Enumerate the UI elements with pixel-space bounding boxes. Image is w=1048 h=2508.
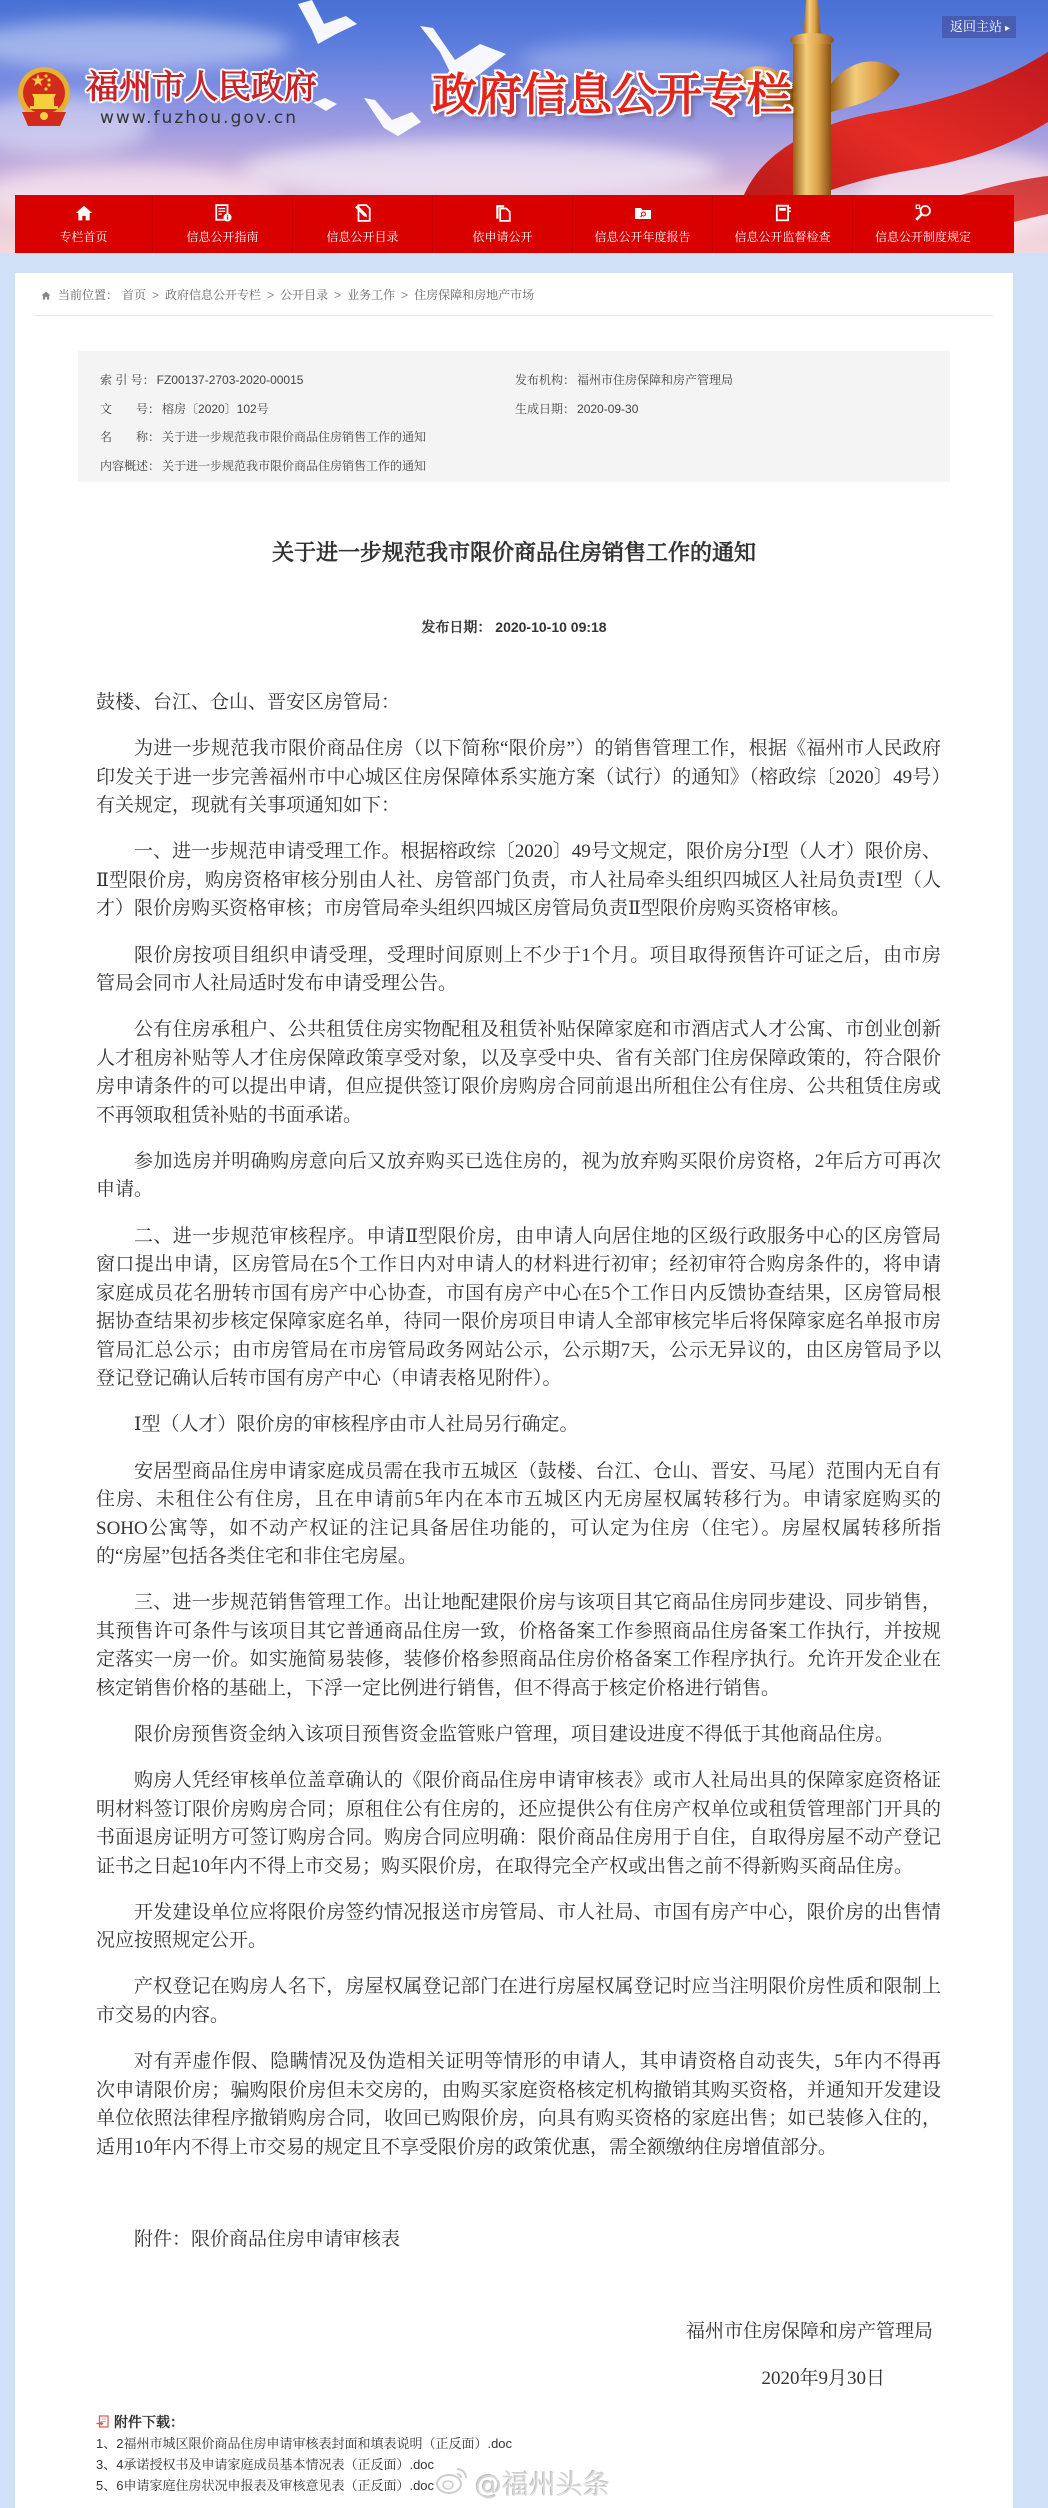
content-panel: 当前位置： 首页 > 政府信息公开专栏 > 公开目录 > 业务工作 > 住房保障… [15, 273, 1013, 2508]
issuer-signature: 福州市住房保障和房产管理局 [96, 2318, 941, 2347]
main-nav: 专栏首页 信息公开指南 信息公开目录 依申请公开 信息公开年度报告 信息公开监督… [15, 195, 1014, 253]
article-paragraph: 开发建设单位应将限价房签约情况报送市房管局、市人社局、市国有房产中心，限价房的出… [96, 1899, 941, 1956]
breadcrumb-link-catalog[interactable]: 公开目录 [280, 286, 328, 304]
meta-value: 榕房〔2020〕102号 [162, 402, 269, 416]
article-paragraph: 参加选房并明确购房意向后又放弃购买已选住房的，视为放弃购买限价房资格，2年后方可… [96, 1148, 941, 1205]
breadcrumb-separator: > [267, 286, 274, 304]
breadcrumb-separator: > [401, 286, 408, 304]
home-icon [41, 290, 51, 301]
article-paragraph: 安居型商品住房申请家庭成员需在我市五城区（鼓楼、台江、仓山、晋安、马尾）范围内无… [96, 1458, 941, 1572]
nav-item-label: 信息公开年度报告 [573, 229, 712, 245]
meta-summary: 内容概述：关于进一步规范我市限价商品住房销售工作的通知 [100, 454, 515, 479]
article-paragraph: 产权登记在购房人名下，房屋权属登记部门在进行房屋权属登记时应当注明限价房性质和限… [96, 1973, 941, 2030]
nav-item-home[interactable]: 专栏首页 [15, 195, 153, 253]
site-url: www.fuzhou.gov.cn [100, 107, 298, 129]
article-paragraph: 购房人凭经审核单位盖章确认的《限价商品住房申请审核表》或市人社局出具的保障家庭资… [96, 1767, 941, 1881]
downloads-heading: 附件下载： [96, 2412, 696, 2432]
nav-item-annual-report[interactable]: 信息公开年度报告 [573, 195, 713, 253]
document-meta-box: 索 引 号：FZ00137-2703-2020-00015 发布机构：福州市住房… [78, 351, 950, 482]
nav-item-label: 专栏首页 [15, 229, 152, 245]
meta-value: FZ00137-2703-2020-00015 [157, 373, 304, 387]
meta-empty [515, 454, 935, 479]
download-link[interactable]: 1、2福州市城区限价商品住房申请审核表封面和填表说明（正反面）.doc [96, 2433, 696, 2454]
blank-line [96, 2272, 941, 2301]
article-body: 鼓楼、台江、仓山、晋安区房管局： 为进一步规范我市限价商品住房（以下简称“限价房… [96, 689, 941, 2411]
article-greeting: 鼓楼、台江、仓山、晋安区房管局： [96, 689, 941, 718]
breadcrumb-link-business[interactable]: 业务工作 [347, 286, 395, 304]
nav-item-catalog[interactable]: 信息公开目录 [293, 195, 433, 253]
nav-item-apply[interactable]: 依申请公开 [433, 195, 573, 253]
meta-label: 名 称： [100, 425, 160, 450]
notebook-icon [774, 204, 792, 222]
meta-value: 福州市住房保障和房产管理局 [577, 373, 733, 387]
article-title: 关于进一步规范我市限价商品住房销售工作的通知 [15, 538, 1013, 568]
article-paragraph: 限价房预售资金纳入该项目预售资金监管账户管理，项目建设进度不得低于其他商品住房。 [96, 1721, 941, 1750]
breadcrumb-link-housing[interactable]: 住房保障和房地产市场 [414, 286, 534, 304]
search-key-icon [914, 204, 932, 222]
article-paragraph: Ⅰ型（人才）限价房的审核程序由市人社局另行确定。 [96, 1411, 941, 1440]
meta-value: 2020-09-30 [577, 402, 638, 416]
catalog-edit-icon [354, 204, 372, 222]
attachment-note: 附件：限价商品住房申请审核表 [96, 2226, 941, 2255]
meta-value: 关于进一步规范我市限价商品住房销售工作的通知 [162, 459, 426, 473]
downloads-heading-label: 附件下载： [114, 2412, 184, 2432]
meta-label: 内容概述： [100, 454, 160, 479]
nav-item-supervision[interactable]: 信息公开监督检查 [713, 195, 853, 253]
caret-right-icon: ▸ [1005, 23, 1010, 34]
guide-icon [214, 204, 232, 222]
meta-publisher: 发布机构：福州市住房保障和房产管理局 [515, 368, 935, 393]
column-title: 政府信息公开专栏 [432, 70, 792, 120]
meta-name: 名 称：关于进一步规范我市限价商品住房销售工作的通知 [100, 425, 515, 450]
documents-icon [494, 204, 512, 222]
nav-item-label: 依申请公开 [433, 229, 572, 245]
article-paragraph: 二、进一步规范审核程序。申请Ⅱ型限价房，由申请人向居住地的区级行政服务中心的区房… [96, 1223, 941, 1394]
meta-label: 索 引 号： [100, 368, 155, 393]
article-paragraph: 为进一步规范我市限价商品住房（以下简称“限价房”）的销售管理工作，根据《福州市人… [96, 735, 941, 821]
back-to-main-site-button[interactable]: 返回主站▸ [942, 16, 1016, 38]
breadcrumb-separator: > [334, 286, 341, 304]
meta-label: 发布机构： [515, 368, 575, 393]
divider [35, 315, 993, 316]
breadcrumb: 当前位置： 首页 > 政府信息公开专栏 > 公开目录 > 业务工作 > 住房保障… [41, 286, 534, 304]
nav-item-label: 信息公开制度规定 [853, 229, 993, 245]
article-paragraph: 一、进一步规范申请受理工作。根据榕政综〔2020〕49号文规定，限价房分Ⅰ型（人… [96, 838, 941, 924]
meta-created-date: 生成日期：2020-09-30 [515, 397, 935, 422]
site-name: 福州市人民政府 [86, 68, 317, 106]
meta-empty [515, 425, 935, 450]
article-paragraph: 公有住房承租户、公共租赁住房实物配租及租赁补贴保障家庭和市酒店式人才公寓、市创业… [96, 1016, 941, 1130]
meta-label: 文 号： [100, 397, 160, 422]
blank-line [96, 2180, 941, 2209]
meta-label: 生成日期： [515, 397, 575, 422]
national-emblem-icon [16, 66, 72, 128]
publish-date-label: 发布日期： [421, 619, 491, 635]
article-paragraph: 对有弄虚作假、隐瞒情况及伪造相关证明等情形的申请人，其申请资格自动丧失，5年内不… [96, 2048, 941, 2162]
signature-date: 2020年9月30日 [96, 2365, 941, 2394]
article-paragraph: 限价房按项目组织申请受理，受理时间原则上不少于1个月。项目取得预售许可证之后，由… [96, 942, 941, 999]
nav-item-label: 信息公开监督检查 [713, 229, 852, 245]
article-paragraph: 三、进一步规范销售管理工作。出让地配建限价房与该项目其它商品住房同步建设、同步销… [96, 1589, 941, 1703]
meta-value: 关于进一步规范我市限价商品住房销售工作的通知 [162, 430, 426, 444]
nav-item-label: 信息公开目录 [293, 229, 432, 245]
home-icon [75, 204, 93, 222]
watermark: @福州头条 [435, 2465, 610, 2499]
breadcrumb-prefix: 当前位置： [58, 286, 118, 304]
publish-date-line: 发布日期： 2020-10-10 09:18 [15, 617, 1013, 637]
meta-doc-no: 文 号：榕房〔2020〕102号 [100, 397, 515, 422]
watermark-text: @福州头条 [475, 2463, 610, 2502]
nav-item-label: 信息公开指南 [153, 229, 292, 245]
breadcrumb-link-disclosure-column[interactable]: 政府信息公开专栏 [165, 286, 261, 304]
breadcrumb-link-home[interactable]: 首页 [122, 286, 146, 304]
meta-index-no: 索 引 号：FZ00137-2703-2020-00015 [100, 368, 515, 393]
back-link-label: 返回主站 [950, 19, 1002, 34]
nav-item-regulations[interactable]: 信息公开制度规定 [853, 195, 993, 253]
nav-item-guide[interactable]: 信息公开指南 [153, 195, 293, 253]
weibo-icon [435, 2465, 469, 2500]
publish-date-value: 2020-10-10 09:18 [495, 619, 606, 635]
attachment-download-icon [96, 2415, 109, 2429]
folder-search-icon [634, 204, 652, 222]
breadcrumb-separator: > [152, 286, 159, 304]
